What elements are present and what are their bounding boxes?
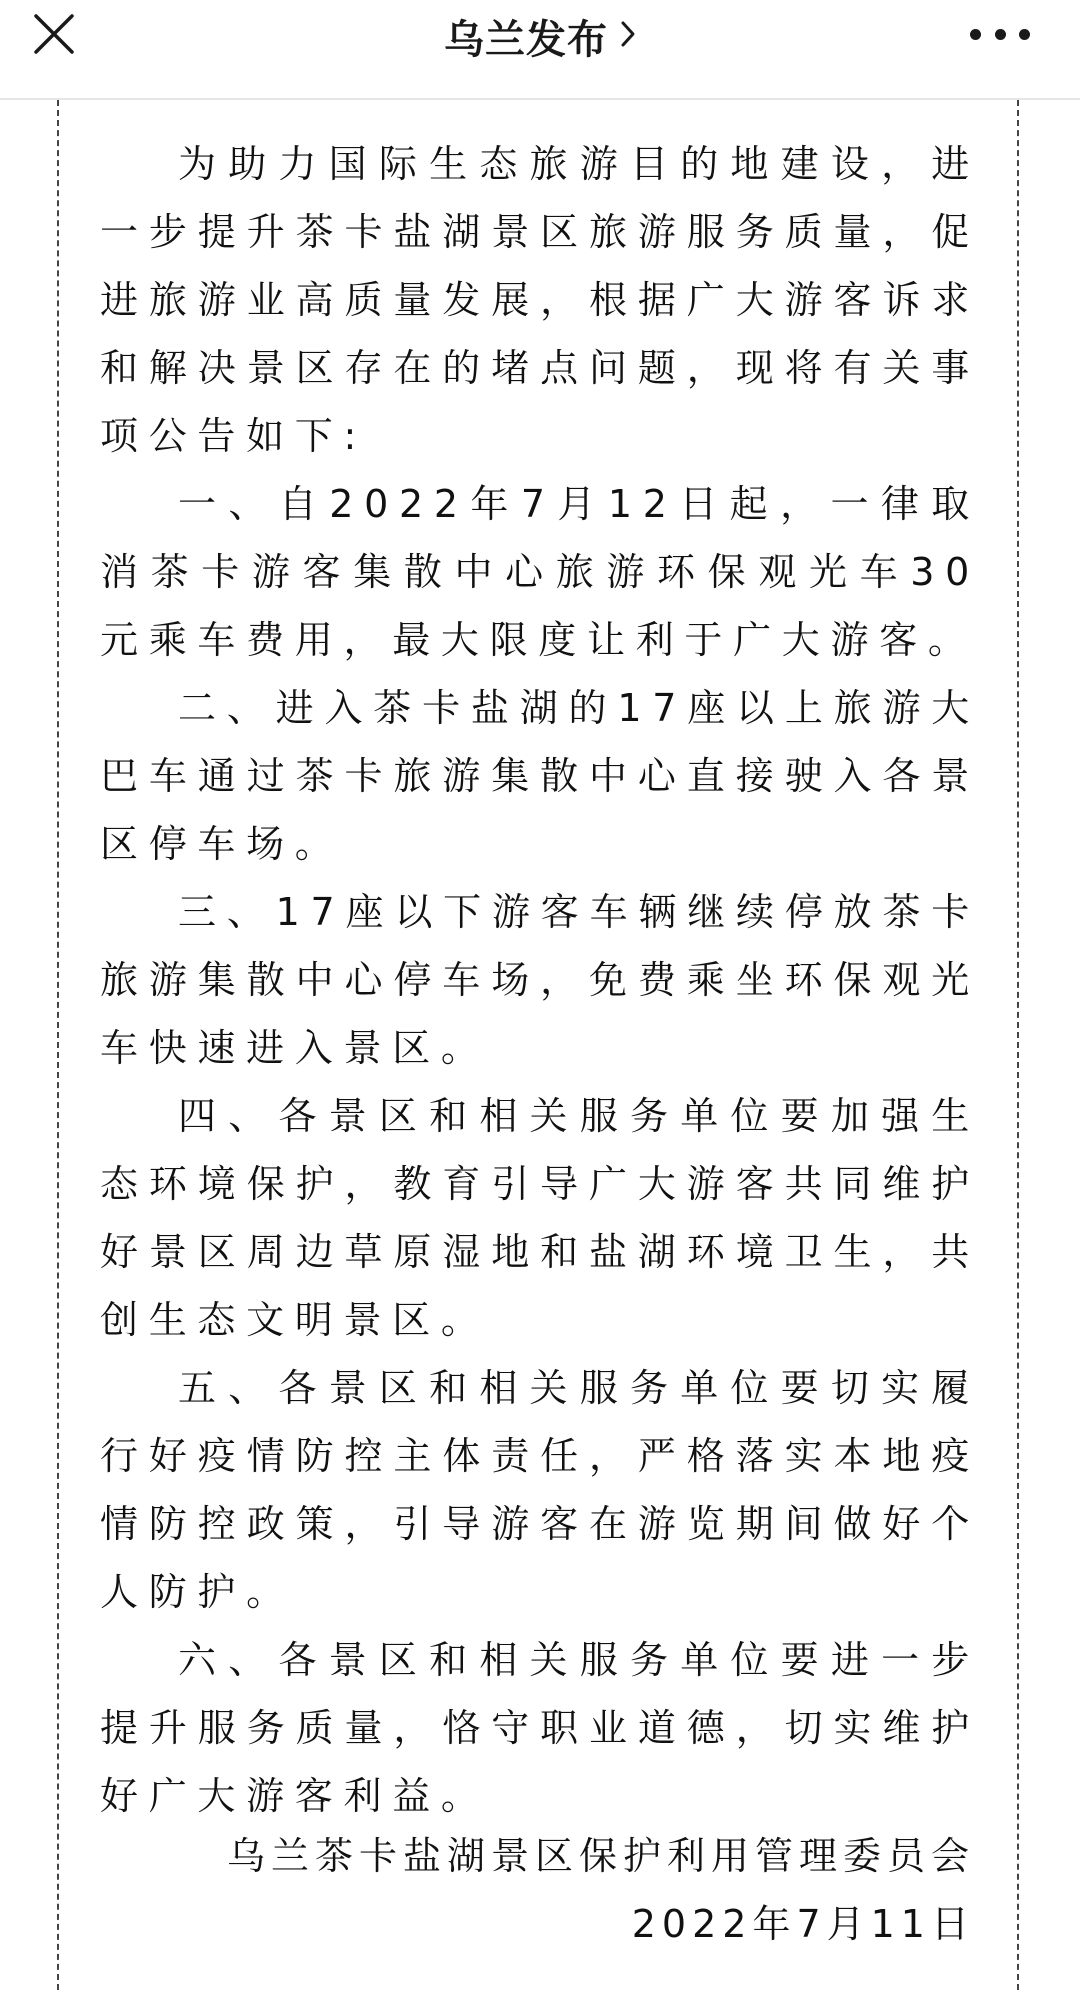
account-title-link[interactable]: 乌兰发布	[444, 8, 636, 65]
paragraph-intro: 为助力国际生态旅游目的地建设，进一步提升茶卡盐湖景区旅游服务质量，促进旅游业高质…	[100, 130, 980, 470]
chevron-right-icon	[620, 13, 636, 59]
announcement-body: 为助力国际生态旅游目的地建设，进一步提升茶卡盐湖景区旅游服务质量，促进旅游业高质…	[100, 130, 980, 1830]
more-horizontal-icon	[995, 29, 1006, 40]
title-container: 乌兰发布	[0, 8, 1080, 64]
paragraph-item-1: 一、自2022年7月12日起，一律取消茶卡游客集散中心旅游环保观光车30元乘车费…	[100, 470, 980, 674]
more-options-button[interactable]	[970, 12, 1030, 56]
signature-organization: 乌兰茶卡盐湖景区保护利用管理委员会	[227, 1822, 975, 1890]
paragraph-item-6: 六、各景区和相关服务单位要进一步提升服务质量，恪守职业道德，切实维护好广大游客利…	[100, 1626, 980, 1830]
account-title: 乌兰发布	[444, 8, 608, 65]
signature-block: 乌兰茶卡盐湖景区保护利用管理委员会 2022年7月11日	[227, 1822, 975, 1958]
paragraph-item-2: 二、进入茶卡盐湖的17座以上旅游大巴车通过茶卡旅游集散中心直接驶入各景区停车场。	[100, 674, 980, 878]
signature-date: 2022年7月11日	[227, 1890, 975, 1958]
paragraph-item-5: 五、各景区和相关服务单位要切实履行好疫情防控主体责任，严格落实本地疫情防控政策，…	[100, 1354, 980, 1626]
more-horizontal-icon	[1019, 29, 1030, 40]
paragraph-item-3: 三、17座以下游客车辆继续停放茶卡旅游集散中心停车场，免费乘坐环保观光车快速进入…	[100, 878, 980, 1082]
paragraph-item-4: 四、各景区和相关服务单位要加强生态环境保护，教育引导广大游客共同维护好景区周边草…	[100, 1082, 980, 1354]
top-navigation-bar: 乌兰发布	[0, 0, 1080, 100]
more-horizontal-icon	[970, 29, 981, 40]
